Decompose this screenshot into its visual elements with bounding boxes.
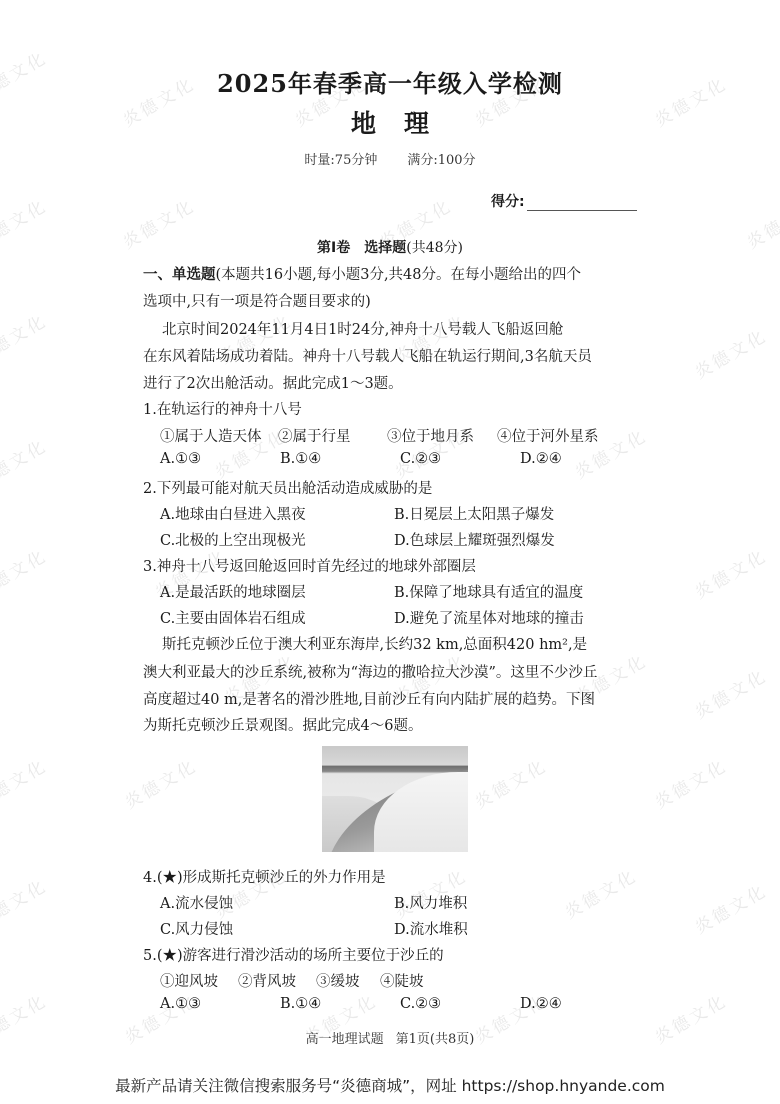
option-b[interactable]: B.①④ — [280, 996, 400, 1012]
option-d[interactable]: D.②④ — [520, 996, 640, 1012]
exam-title: 2025年春季高一年级入学检测 — [0, 64, 780, 99]
question-stem: 2.下列最可能对航天员出舱活动造成威胁的是 — [143, 477, 643, 498]
statement: ①迎风坡 — [160, 970, 238, 991]
option-b[interactable]: B.保障了地球具有适宜的温度 — [394, 581, 628, 602]
option-c[interactable]: C.北极的上空出现极光 — [160, 529, 394, 550]
passage-line: 在东风着陆场成功着陆。神舟十八号载人飞船在轨运行期间,3名航天员 — [143, 345, 643, 366]
statement: ②属于行星 — [278, 425, 387, 446]
instruction-line: 选项中,只有一项是符合题目要求的) — [143, 290, 643, 311]
instruction-text: (本题共16小题,每小题3分,共48分。在每小题给出的四个 — [216, 267, 582, 283]
question-options: A.①③ B.①④ C.②③ D.②④ — [160, 451, 640, 467]
question-options: C.风力侵蚀 D.流水堆积 — [160, 918, 640, 939]
question-stem: 4.(★)形成斯托克顿沙丘的外力作用是 — [143, 866, 643, 887]
statement: ④陡坡 — [380, 970, 460, 991]
statement: ③位于地月系 — [387, 425, 497, 446]
statement: ③缓坡 — [316, 970, 380, 991]
option-a[interactable]: A.是最活跃的地球圈层 — [160, 581, 394, 602]
statement: ②背风坡 — [238, 970, 316, 991]
section-title-bold: 第Ⅰ卷 选择题 — [317, 240, 406, 256]
section-title: 第Ⅰ卷 选择题(共48分) — [0, 237, 780, 257]
footer-subject: 高一地理试题 — [306, 1032, 384, 1047]
option-d[interactable]: D.②④ — [520, 451, 640, 467]
exam-meta: 时量:75分钟满分:100分 — [0, 149, 780, 168]
option-c[interactable]: C.②③ — [400, 451, 520, 467]
question-options: A.流水侵蚀 B.风力堆积 — [160, 892, 640, 913]
page-footer: 高一地理试题第1页(共8页) — [0, 1028, 780, 1047]
passage-line: 为斯托克顿沙丘景观图。据此完成4～6题。 — [143, 714, 643, 735]
score-label: 得分: — [491, 191, 525, 211]
statement: ①属于人造天体 — [160, 425, 278, 446]
passage-line: 斯托克顿沙丘位于澳大利亚东海岸,长约32 km,总面积420 hm²,是 — [143, 633, 662, 654]
option-a[interactable]: A.①③ — [160, 996, 280, 1012]
section-title-rest: (共48分) — [406, 240, 463, 256]
option-a[interactable]: A.流水侵蚀 — [160, 892, 394, 913]
question-options: A.是最活跃的地球圈层 B.保障了地球具有适宜的温度 — [160, 581, 640, 602]
score-field: 得分: — [491, 191, 637, 211]
subject-title: 地理 — [0, 104, 780, 140]
question-stem: 3.神舟十八号返回舱返回时首先经过的地球外部圈层 — [143, 555, 643, 576]
option-c[interactable]: C.主要由固体岩石组成 — [160, 607, 394, 628]
subject-char: 理 — [404, 109, 429, 138]
statement: ④位于河外星系 — [497, 425, 637, 446]
dune-landscape-image — [322, 746, 468, 852]
dune-crest — [374, 772, 468, 852]
option-a[interactable]: A.地球由白昼进入黑夜 — [160, 503, 394, 524]
question-statements: ①属于人造天体 ②属于行星 ③位于地月系 ④位于河外星系 — [160, 425, 640, 446]
passage-line: 北京时间2024年11月4日1时24分,神舟十八号载人飞船返回舱 — [143, 318, 662, 339]
score-blank — [527, 194, 637, 211]
question-options: C.北极的上空出现极光 D.色球层上耀斑强烈爆发 — [160, 529, 640, 550]
exam-page: 2025年春季高一年级入学检测 地理 时量:75分钟满分:100分 得分: 第Ⅰ… — [0, 0, 780, 1104]
option-d[interactable]: D.流水堆积 — [394, 918, 628, 939]
question-stem: 5.(★)游客进行滑沙活动的场所主要位于沙丘的 — [143, 944, 643, 965]
passage-line: 澳大利亚最大的沙丘系统,被称为“海边的撒哈拉大沙漠”。这里不少沙丘 — [143, 661, 643, 682]
passage-line: 高度超过40 m,是著名的滑沙胜地,目前沙丘有向内陆扩展的趋势。下图 — [143, 688, 643, 709]
question-statements: ①迎风坡 ②背风坡 ③缓坡 ④陡坡 — [160, 970, 640, 991]
instruction-bold: 一、单选题 — [143, 267, 216, 283]
option-c[interactable]: C.风力侵蚀 — [160, 918, 394, 939]
option-d[interactable]: D.避免了流星体对地球的撞击 — [394, 607, 628, 628]
instruction-line: 一、单选题(本题共16小题,每小题3分,共48分。在每小题给出的四个 — [143, 263, 643, 284]
subject-char: 地 — [351, 109, 376, 138]
option-d[interactable]: D.色球层上耀斑强烈爆发 — [394, 529, 628, 550]
option-b[interactable]: B.风力堆积 — [394, 892, 628, 913]
full-score: 满分:100分 — [407, 153, 475, 168]
question-stem: 1.在轨运行的神舟十八号 — [143, 398, 643, 419]
page-number: 第1页(共8页) — [396, 1032, 475, 1047]
question-options: A.①③ B.①④ C.②③ D.②④ — [160, 996, 640, 1012]
question-options: C.主要由固体岩石组成 D.避免了流星体对地球的撞击 — [160, 607, 640, 628]
option-c[interactable]: C.②③ — [400, 996, 520, 1012]
option-b[interactable]: B.日冕层上太阳黑子爆发 — [394, 503, 628, 524]
option-a[interactable]: A.①③ — [160, 451, 280, 467]
duration: 时量:75分钟 — [304, 153, 377, 168]
passage-line: 进行了2次出舱活动。据此完成1～3题。 — [143, 372, 643, 393]
option-b[interactable]: B.①④ — [280, 451, 400, 467]
question-options: A.地球由白昼进入黑夜 B.日冕层上太阳黑子爆发 — [160, 503, 640, 524]
promo-banner: 最新产品请关注微信搜索服务号“炎德商城”，网址 https://shop.hny… — [0, 1074, 780, 1096]
